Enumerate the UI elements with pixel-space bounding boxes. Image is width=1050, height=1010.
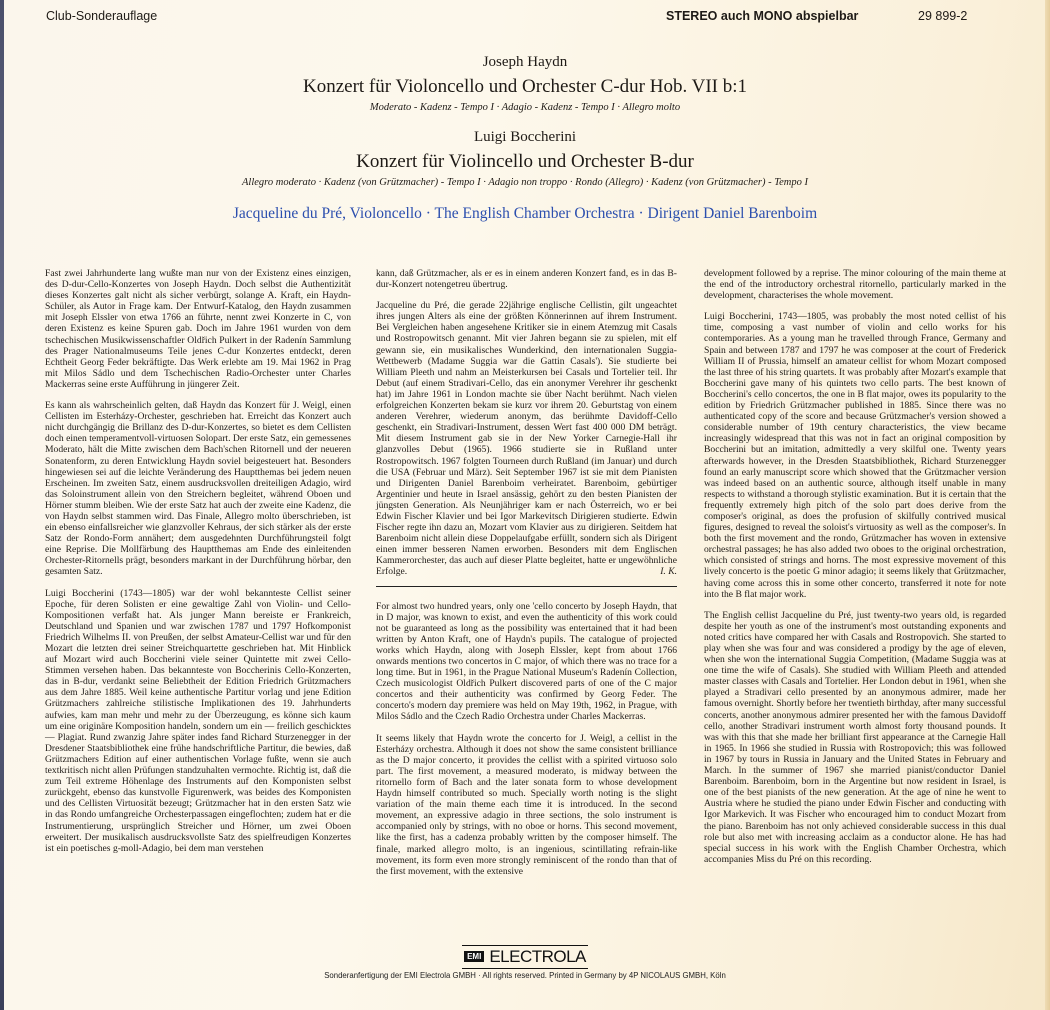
work-title-boccherini: Konzert für Violincello und Orchester B-… — [0, 149, 1050, 174]
catalog-number: 29 899-2 — [918, 9, 967, 23]
paragraph: development followed by a reprise. The m… — [704, 268, 1006, 301]
composer-haydn: Joseph Haydn — [0, 52, 1050, 72]
movements-haydn: Moderato - Kadenz - Tempo I · Adagio - K… — [0, 101, 1050, 115]
paragraph: kann, daß Grützmacher, als er es in eine… — [376, 268, 677, 290]
movements-boccherini: Allegro moderato · Kadenz (von Grützmach… — [0, 176, 1050, 190]
column-german-notes: Fast zwei Jahrhunderte lang wußte man nu… — [45, 268, 351, 864]
footer-imprint: Sonderanfertigung der EMI Electrola GMBH… — [0, 971, 1050, 980]
paragraph-text: Jacqueline du Pré, die gerade 22jährige … — [376, 300, 677, 577]
paragraph: Es kann als wahrscheinlich gelten, daß H… — [45, 400, 351, 578]
section-divider — [376, 586, 677, 587]
paragraph: Jacqueline du Pré, die gerade 22jährige … — [376, 300, 677, 577]
paragraph: Luigi Boccherini, 1743—1805, was probabl… — [704, 311, 1006, 599]
paragraph: The English cellist Jacqueline du Pré, j… — [704, 610, 1006, 865]
paragraph: It seems likely that Haydn wrote the con… — [376, 733, 677, 877]
paragraph: For almost two hundred years, only one '… — [376, 601, 677, 723]
performers-credit: Jacqueline du Pré, Violoncello · The Eng… — [0, 204, 1050, 224]
edition-label: Club-Sonderauflage — [46, 9, 157, 23]
emi-badge-icon: EMI — [464, 951, 484, 962]
brand-name: ELECTROLA — [489, 947, 586, 967]
composer-boccherini: Luigi Boccherini — [0, 127, 1050, 147]
column-middle-notes: kann, daß Grützmacher, als er es in eine… — [376, 268, 677, 887]
author-signature: I. K. — [660, 566, 677, 577]
paragraph: Fast zwei Jahrhunderte lang wußte man nu… — [45, 268, 351, 390]
work-title-haydn: Konzert für Violoncello und Orchester C-… — [0, 74, 1050, 99]
program-header: Joseph Haydn Konzert für Violoncello und… — [0, 52, 1050, 224]
stereo-label: STEREO auch MONO abspielbar — [666, 9, 858, 23]
column-english-notes: development followed by a reprise. The m… — [704, 268, 1006, 875]
top-info-bar: Club-Sonderauflage STEREO auch MONO absp… — [0, 9, 1050, 29]
paragraph: Luigi Boccherini (1743—1805) war der woh… — [45, 588, 351, 854]
emi-electrola-logo: EMI ELECTROLA — [0, 944, 1050, 969]
